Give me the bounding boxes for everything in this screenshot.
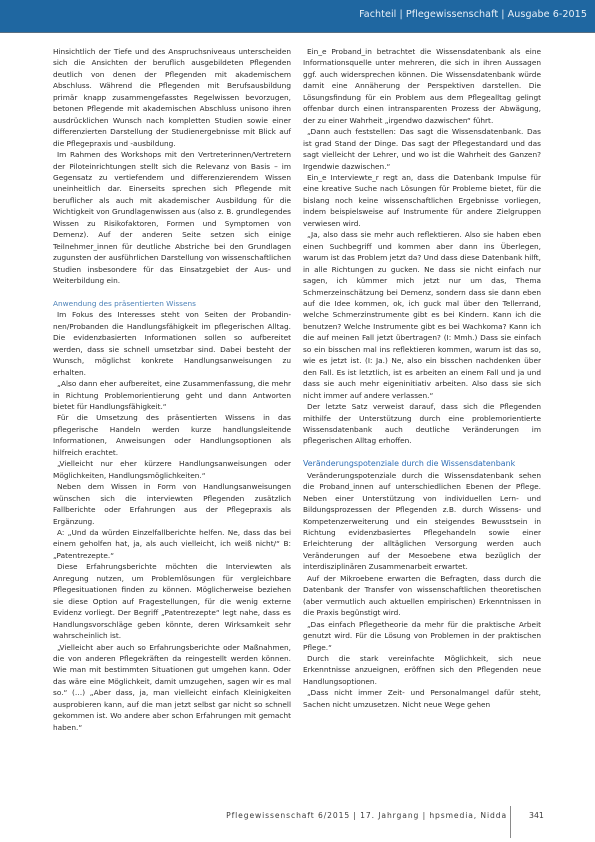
quote-paragraph: „Dann auch feststellen: Das sagt die Wis… [303,126,541,172]
paragraph: Im Rahmen des Workshops mit den Vertrete… [53,149,291,286]
quote-paragraph: „Das einfach Pflegetheorie da mehr für d… [303,619,541,653]
right-column: Ein_e Proband_in betrachtet die Wissensd… [303,46,541,710]
paragraph: Ein_e Proband_in betrachtet die Wissensd… [303,46,541,126]
paragraph: Für die Umsetzung des präsentierten Wiss… [53,412,291,458]
quote-paragraph: „Ja, also dass sie mehr auch reflektiere… [303,229,541,401]
paragraph: Der letzte Satz verweist darauf, dass si… [303,401,541,447]
quote-paragraph: „Also dann eher aufbereitet, eine Zusamm… [53,378,291,412]
paragraph: Auf der Mikroebene erwarten die Befragte… [303,573,541,619]
footer-publication-info: Pflegewissenschaft 6/2015 | 17. Jahrgang… [226,811,507,820]
footer-divider [510,806,511,838]
quote-paragraph: A: „Und da würden Einzelfallberichte hel… [53,527,291,561]
section-heading: Veränderungspotenziale durch die Wissens… [303,458,541,469]
left-column: Hinsichtlich der Tiefe und des Anspruchs… [53,46,291,733]
paragraph: Im Fokus des Interesses steht von Seiten… [53,309,291,378]
paragraph: Veränderungspotenziale durch die Wissens… [303,470,541,573]
section-heading: Anwendung des präsentierten Wissens [53,298,291,309]
paragraph: Hinsichtlich der Tiefe und des Anspruchs… [53,46,291,149]
quote-paragraph: „Vielleicht aber auch so Erfahrungsberic… [53,642,291,734]
paragraph: Neben dem Wissen in Form von Handlungsan… [53,481,291,527]
quote-paragraph: „Dass nicht immer Zeit- und Personalmang… [303,687,541,710]
page-footer: Pflegewissenschaft 6/2015 | 17. Jahrgang… [0,808,595,838]
paragraph: Ein_e Interviewte_r regt an, dass die Da… [303,172,541,229]
quote-paragraph: „Vielleicht nur eher kürzere Handlungsan… [53,458,291,481]
paragraph: Durch die stark vereinfachte Möglichkeit… [303,653,541,687]
paragraph: Diese Erfahrungsberichte möchten die Int… [53,561,291,641]
page-number: 341 [529,811,544,820]
page-header-bar: Fachteil | Pflegewissenschaft | Ausgabe … [0,0,595,33]
header-title: Fachteil | Pflegewissenschaft | Ausgabe … [359,9,587,20]
